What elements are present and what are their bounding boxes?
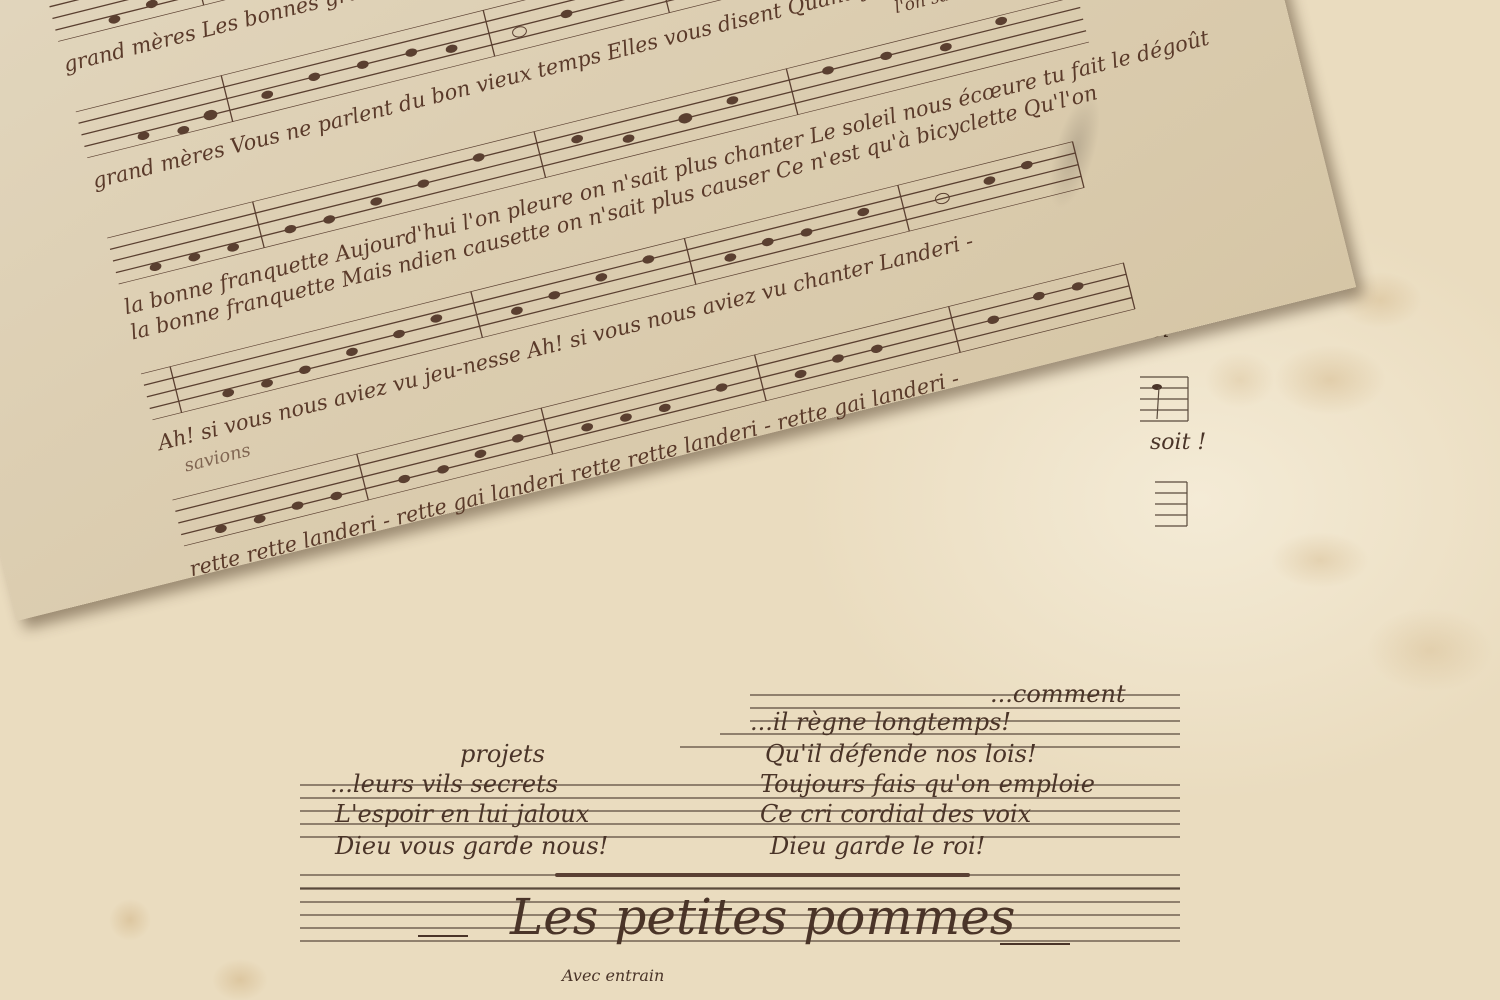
back-song-title: Les petites pommes	[510, 888, 1015, 946]
back-lyric-soit: soit !	[1150, 430, 1206, 455]
back-verse-right-1: ...comment	[990, 680, 1126, 708]
back-verse-right-5: Ce cri cordial des voix	[760, 800, 1031, 828]
back-staff-lower-right	[1155, 480, 1200, 530]
title-dash-left	[418, 935, 468, 937]
back-verse-right-6: Dieu garde le roi!	[770, 832, 985, 860]
back-verse-right-2: ...il règne longtemps!	[750, 708, 1011, 736]
back-verse-left-1: projets	[460, 740, 545, 768]
title-divider-rule	[555, 873, 970, 877]
back-verse-left-2: ...leurs vils secrets	[330, 770, 558, 798]
back-verse-left-4: Dieu vous garde nous!	[335, 832, 608, 860]
back-tempo-marking: Avec entrain	[562, 966, 664, 985]
back-verse-right-4: Toujours fais qu'on emploie	[760, 770, 1095, 798]
back-verse-left-3: L'espoir en lui jaloux	[335, 800, 589, 828]
back-staff-soit	[1140, 375, 1200, 425]
back-verse-right-3: Qu'il défende nos lois!	[765, 740, 1037, 768]
title-dash-right	[1000, 943, 1070, 945]
